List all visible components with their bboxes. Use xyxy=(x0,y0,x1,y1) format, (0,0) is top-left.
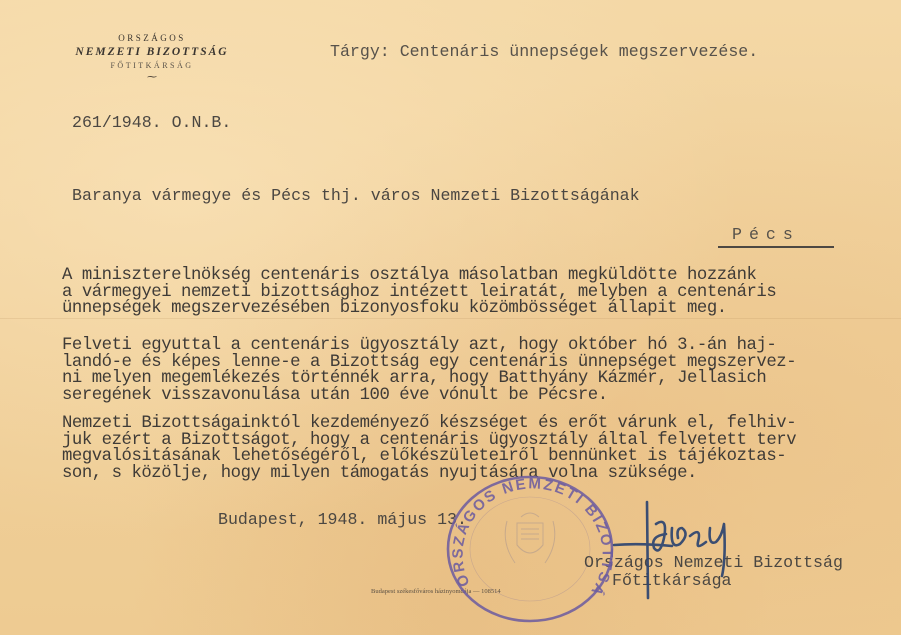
reference-number: 261/1948. O.N.B. xyxy=(72,113,231,132)
paper-fold xyxy=(0,318,901,319)
letterhead: ORSZÁGOS NEMZETI BIZOTTSÁG FŐTITKÁRSÁG ⁓ xyxy=(52,32,252,84)
paragraph-line: son, s közölje, hogy milyen támogatás ny… xyxy=(62,466,796,483)
paragraph-3: Nemzeti Bizottságainktól kezdeményező ké… xyxy=(62,416,796,482)
addressee: Baranya vármegye és Pécs thj. város Nemz… xyxy=(72,186,640,205)
subject-line: Tárgy: Centenáris ünnepségek megszervezé… xyxy=(330,42,758,61)
paragraph-2: Felveti egyuttal a centenáris ügyosztály… xyxy=(62,338,796,404)
signature-block-line1: Országos Nemzeti Bizottság xyxy=(584,553,843,572)
dateline: Budapest, 1948. május 13. xyxy=(218,510,467,529)
letterhead-line3: FŐTITKÁRSÁG xyxy=(52,60,252,72)
letterhead-line1: ORSZÁGOS xyxy=(52,32,252,44)
official-stamp-icon: ORSZÁGOS NEMZETI BIZOTTSÁG xyxy=(441,471,615,623)
printer-note: Budapest székesfőváros házinyomdája — 10… xyxy=(371,588,501,595)
svg-text:ORSZÁGOS NEMZETI BIZOTTSÁG: ORSZÁGOS NEMZETI BIZOTTSÁG xyxy=(441,471,615,600)
paragraph-line: ünnepségek megszervezésében bizonyosfoku… xyxy=(62,301,776,318)
letterhead-line2: NEMZETI BIZOTTSÁG xyxy=(52,44,252,60)
paragraph-line: seregének visszavonulása után 100 éve vó… xyxy=(62,388,796,405)
signature-block-line2: Főtitkársága xyxy=(612,571,732,590)
document-page: ORSZÁGOS NEMZETI BIZOTTSÁG FŐTITKÁRSÁG ⁓… xyxy=(0,0,901,635)
paragraph-1: A miniszterelnökség centenáris osztálya … xyxy=(62,268,776,318)
city-underline xyxy=(718,246,834,248)
letterhead-ornament-icon: ⁓ xyxy=(52,72,252,84)
addressee-city: Pécs xyxy=(732,225,800,244)
